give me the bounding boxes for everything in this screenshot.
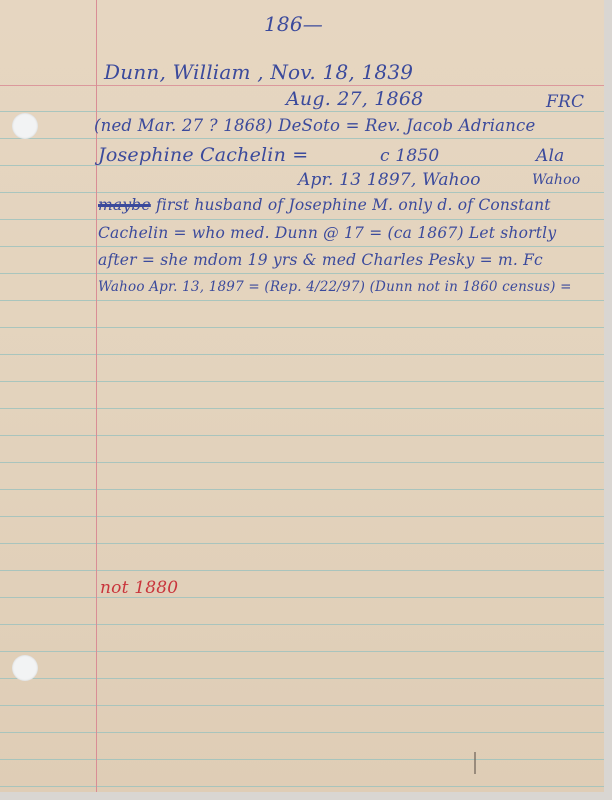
punch-hole bbox=[12, 655, 38, 681]
pencil-mark bbox=[474, 752, 476, 774]
narrative-line-2: Cachelin = who med. Dunn @ 17 = (ca 1867… bbox=[98, 224, 556, 242]
rule-line bbox=[0, 219, 604, 220]
death-place-abbrev: Wahoo bbox=[532, 172, 580, 188]
rule-line bbox=[0, 651, 604, 652]
rule-line bbox=[0, 759, 604, 760]
rule-line bbox=[0, 327, 604, 328]
rule-line bbox=[0, 435, 604, 436]
page-number: 186— bbox=[264, 12, 323, 36]
rule-line bbox=[0, 570, 604, 571]
rule-line bbox=[0, 300, 604, 301]
marriage-note: (ned Mar. 27 ? 1868) DeSoto = Rev. Jacob… bbox=[94, 116, 535, 135]
rule-line bbox=[0, 408, 604, 409]
rule-line bbox=[0, 246, 604, 247]
death-date-place: Apr. 13 1897, Wahoo bbox=[298, 170, 481, 190]
top-red-rule bbox=[0, 85, 604, 86]
rule-line bbox=[0, 381, 604, 382]
rule-line bbox=[0, 138, 604, 139]
rule-line bbox=[0, 192, 604, 193]
rule-line bbox=[0, 597, 604, 598]
narrative-line-4: Wahoo Apr. 13, 1897 = (Rep. 4/22/97) (Du… bbox=[98, 279, 572, 295]
rule-line bbox=[0, 678, 604, 679]
margin-note: not 1880 bbox=[100, 578, 178, 598]
rule-line bbox=[0, 516, 604, 517]
marriage-place-code: FRC bbox=[546, 92, 584, 112]
rule-line bbox=[0, 786, 604, 787]
spouse-name: Josephine Cachelin = bbox=[98, 144, 308, 166]
rule-line bbox=[0, 624, 604, 625]
name-and-birth: Dunn, William , Nov. 18, 1839 bbox=[104, 60, 413, 84]
ledger-page: 186— Dunn, William , Nov. 18, 1839 Aug. … bbox=[0, 0, 604, 792]
marriage-date: Aug. 27, 1868 bbox=[286, 88, 423, 110]
rule-line bbox=[0, 111, 604, 112]
narrative-line-3: after = she mdom 19 yrs & med Charles Pe… bbox=[98, 251, 543, 269]
rule-line bbox=[0, 354, 604, 355]
rule-line bbox=[0, 543, 604, 544]
struck-word: maybe bbox=[98, 196, 151, 214]
rule-line bbox=[0, 705, 604, 706]
spouse-birth: c 1850 bbox=[380, 146, 439, 166]
rule-line bbox=[0, 489, 604, 490]
rule-line bbox=[0, 273, 604, 274]
rule-line bbox=[0, 732, 604, 733]
narrative-line-1: maybe first husband of Josephine M. only… bbox=[98, 196, 551, 214]
punch-hole bbox=[12, 113, 38, 139]
rule-line bbox=[0, 462, 604, 463]
spouse-birth-place: Ala bbox=[536, 146, 564, 166]
